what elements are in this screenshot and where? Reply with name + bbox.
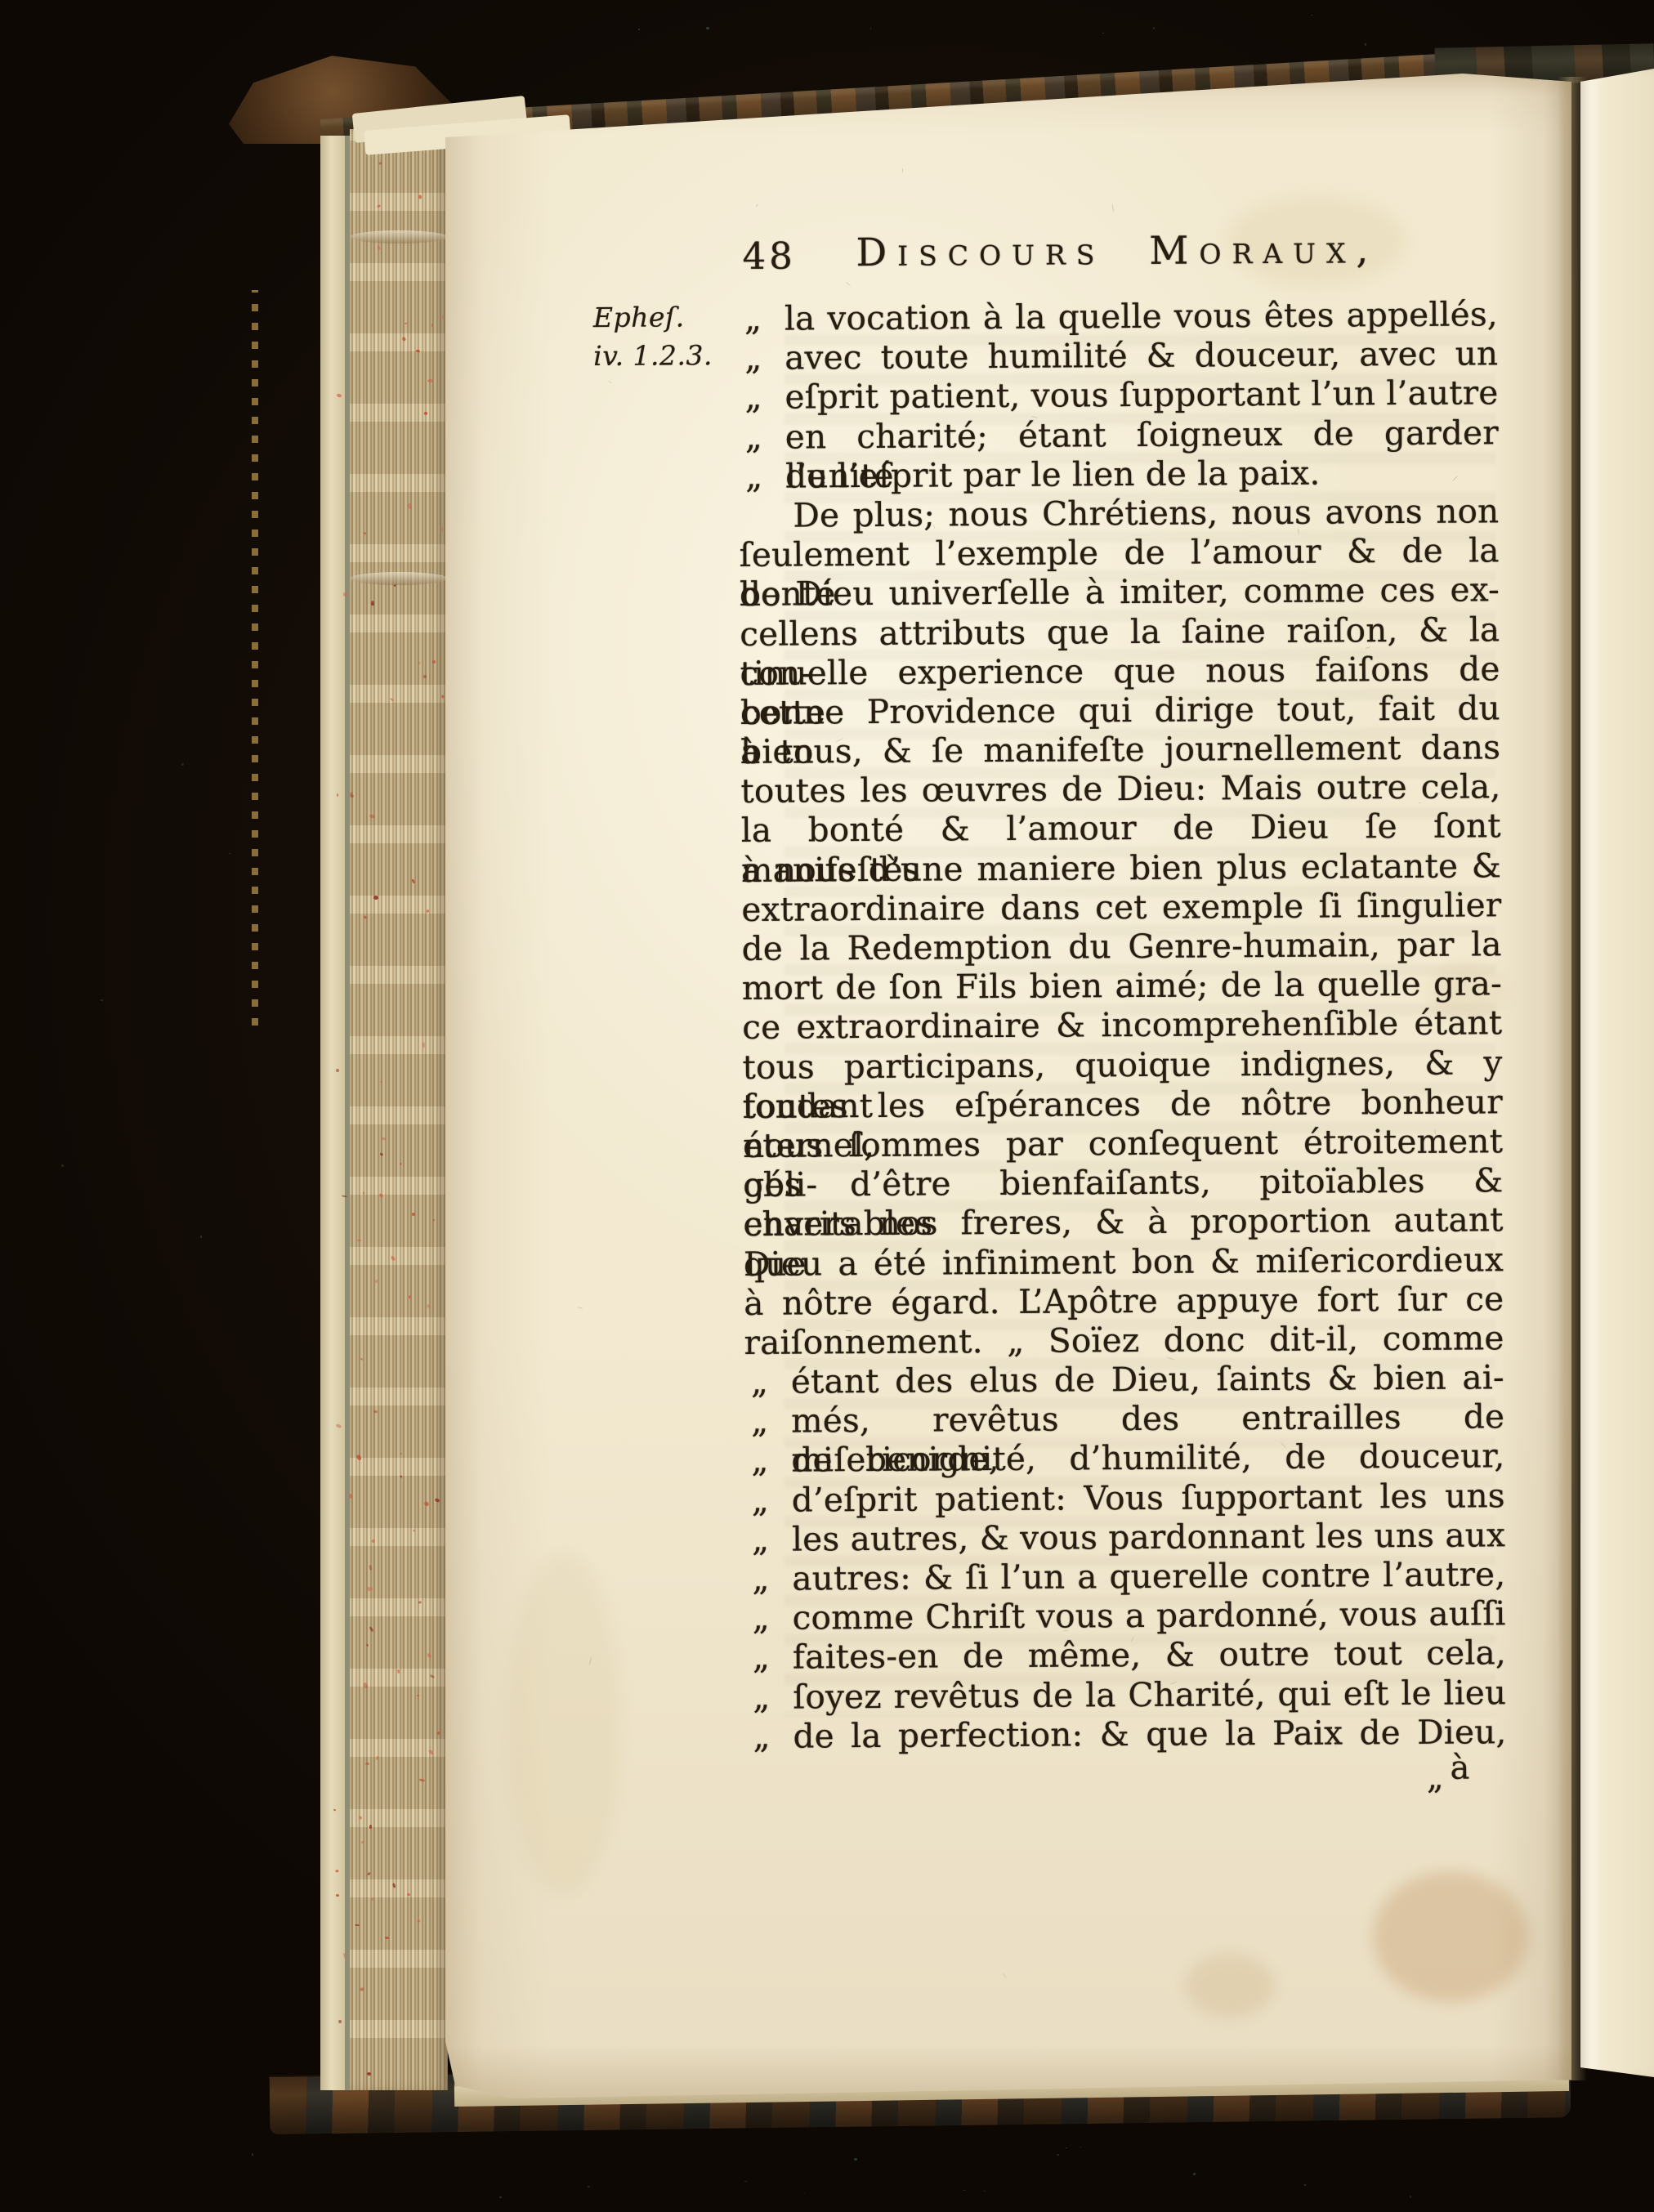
edge-speckle xyxy=(417,1919,420,1922)
text-line: „d’eſprit patient: Vous ſupportant les u… xyxy=(745,1476,1505,1520)
text-line: „faites-en de même, & outre tout cela, xyxy=(746,1633,1506,1678)
quote-mark: „ xyxy=(752,1559,769,1598)
quote-mark: „ xyxy=(753,1717,770,1756)
dust-speck xyxy=(1193,2173,1196,2174)
text-line: „les autres, & vous pardonnant les uns a… xyxy=(745,1515,1505,1559)
catchword: „à xyxy=(1427,1749,1470,1787)
edge-speckle xyxy=(366,1586,372,1590)
text-line: „avec toute humilité & douceur, avec un xyxy=(738,333,1498,378)
text-line: Dieu a été infiniment bon & miſericordie… xyxy=(744,1240,1504,1284)
text-line: raiſonnement. „ Soïez donc dit-il, comme xyxy=(744,1318,1504,1362)
book-photo: 48 Discours Moraux, Epheſ. iv. 1.2.3. „l… xyxy=(0,0,1654,2212)
quote-mark: „ xyxy=(751,1401,768,1441)
text-line: cellens attributs que la ſaine raiſon, &… xyxy=(740,610,1500,654)
dust-speck xyxy=(61,1164,64,1166)
edge-speckle xyxy=(400,1162,402,1164)
quote-mark: „ xyxy=(751,1441,768,1480)
catchword-word: à xyxy=(1450,1749,1469,1787)
quote-mark: „ xyxy=(745,457,762,496)
edge-speckle xyxy=(369,1825,371,1829)
margin-note-book: Epheſ. xyxy=(593,297,737,337)
dust-speck xyxy=(706,27,709,29)
edge-speckle xyxy=(373,896,378,900)
edge-speckle xyxy=(370,601,374,606)
edge-speckle xyxy=(371,1898,373,1901)
dust-speck xyxy=(499,2196,502,2198)
quote-mark: „ xyxy=(753,1598,770,1638)
paper-fiber xyxy=(1418,802,1421,803)
text-line: envers nos freres, & à proportion autant… xyxy=(744,1200,1504,1245)
text-line: „étant des elus de Dieu, ſaints & bien a… xyxy=(744,1357,1504,1401)
dust-speck xyxy=(1057,2154,1059,2156)
text-line: à nôtre égard. L’Apôtre appuye fort ſur … xyxy=(744,1279,1504,1323)
edge-speckle xyxy=(360,1357,362,1360)
margin-note-verses: iv. 1.2.3. xyxy=(593,336,737,375)
edge-speckle xyxy=(431,324,433,327)
text-line: ſeulement l’exemple de l’amour & de la b… xyxy=(740,530,1500,574)
printed-text-layer: 48 Discours Moraux, Epheſ. iv. 1.2.3. „l… xyxy=(0,0,1654,2212)
quote-mark: „ xyxy=(753,1677,770,1716)
dust-speck xyxy=(1410,2196,1411,2197)
catchword-quote-mark: „ xyxy=(1427,1759,1444,1797)
margin-note: Epheſ. iv. 1.2.3. xyxy=(593,297,738,375)
text-line: extraordinaire dans cet exemple ſi ſingu… xyxy=(741,885,1501,929)
text-line: „més, revêtus des entrailles de miſerico… xyxy=(744,1397,1504,1441)
text-line: mort de ſon Fils bien aimé; de la quelle… xyxy=(742,963,1502,1008)
text-line: „autres: & ſi l’un a querelle contre l’a… xyxy=(745,1554,1505,1598)
quote-mark: „ xyxy=(752,1480,769,1519)
text-line: tinuelle experience que nous faiſons de … xyxy=(740,649,1500,693)
quote-mark: „ xyxy=(753,1638,770,1677)
text-line: gés d’être bienfaiſants, pitoïables & ch… xyxy=(743,1160,1503,1204)
text-line: „de l’eſprit par le lien de la paix. xyxy=(739,452,1499,496)
running-title: Discours Moraux, xyxy=(856,227,1379,275)
text-block: „la vocation à la quelle vous êtes appel… xyxy=(738,294,1507,1756)
quote-mark: „ xyxy=(745,417,762,456)
edge-speckle xyxy=(405,322,408,324)
text-line: de la Redemption du Genre-humain, par la xyxy=(742,924,1502,968)
text-line: De plus; nous Chrétiens, nous avons non xyxy=(739,491,1499,535)
edge-speckle xyxy=(427,379,433,382)
text-line: bonne Providence qui dirige tout, fait d… xyxy=(740,688,1500,732)
text-line: „eſprit patient, vous ſupportant l’un l’… xyxy=(738,373,1498,418)
paper-fiber xyxy=(1298,528,1299,534)
quote-mark: „ xyxy=(744,299,762,338)
text-line: ce extraordinaire & incomprehenſible éta… xyxy=(742,1003,1502,1048)
text-line: „en charité; étant ſoigneux de garder l’… xyxy=(739,413,1499,457)
edge-speckle xyxy=(422,1042,425,1048)
edge-speckle xyxy=(355,1924,360,1927)
text-line: „comme Chriſt vous a pardonné, vous auſſ… xyxy=(746,1593,1506,1638)
text-line: „ſoyez revêtus de la Charité, qui eſt le… xyxy=(746,1673,1506,1717)
text-line: toutes les œuvres de Dieu: Mais outre ce… xyxy=(740,767,1500,811)
text-line: toutes les eſpérances de nôtre bonheur é… xyxy=(743,1082,1503,1126)
text-line: „la vocation à la quelle vous êtes appel… xyxy=(738,294,1498,338)
quote-mark: „ xyxy=(744,378,762,417)
quote-mark: „ xyxy=(744,338,762,378)
paper-fiber xyxy=(901,168,902,172)
edge-speckle xyxy=(373,1410,378,1413)
text-line: nous ſommes par conſequent étroitement o… xyxy=(743,1121,1503,1165)
quote-mark: „ xyxy=(751,1362,768,1401)
text-line: „de benignité, d’humilité, de douceur, xyxy=(744,1437,1504,1481)
page-number: 48 xyxy=(742,235,796,278)
text-line: de Dieu univerſelle à imiter, comme ces … xyxy=(740,570,1500,614)
text-line: à tous, & ſe manifeſte journellement dan… xyxy=(740,727,1500,771)
text-line: la bonté & l’amour de Dieu ſe ſont manif… xyxy=(741,807,1501,851)
quote-mark: „ xyxy=(752,1520,769,1559)
text-line: à nous d’une maniere bien plus eclatante… xyxy=(741,846,1501,890)
text-line: „de la perfection: & que la Paix de Dieu… xyxy=(746,1712,1506,1756)
text-line: tous participans, quoique indignes, & y … xyxy=(742,1043,1502,1087)
edge-speckle xyxy=(335,1870,338,1873)
running-head: 48 Discours Moraux, xyxy=(737,226,1497,277)
dust-speck xyxy=(744,2181,747,2183)
dust-speck xyxy=(1080,2147,1081,2148)
